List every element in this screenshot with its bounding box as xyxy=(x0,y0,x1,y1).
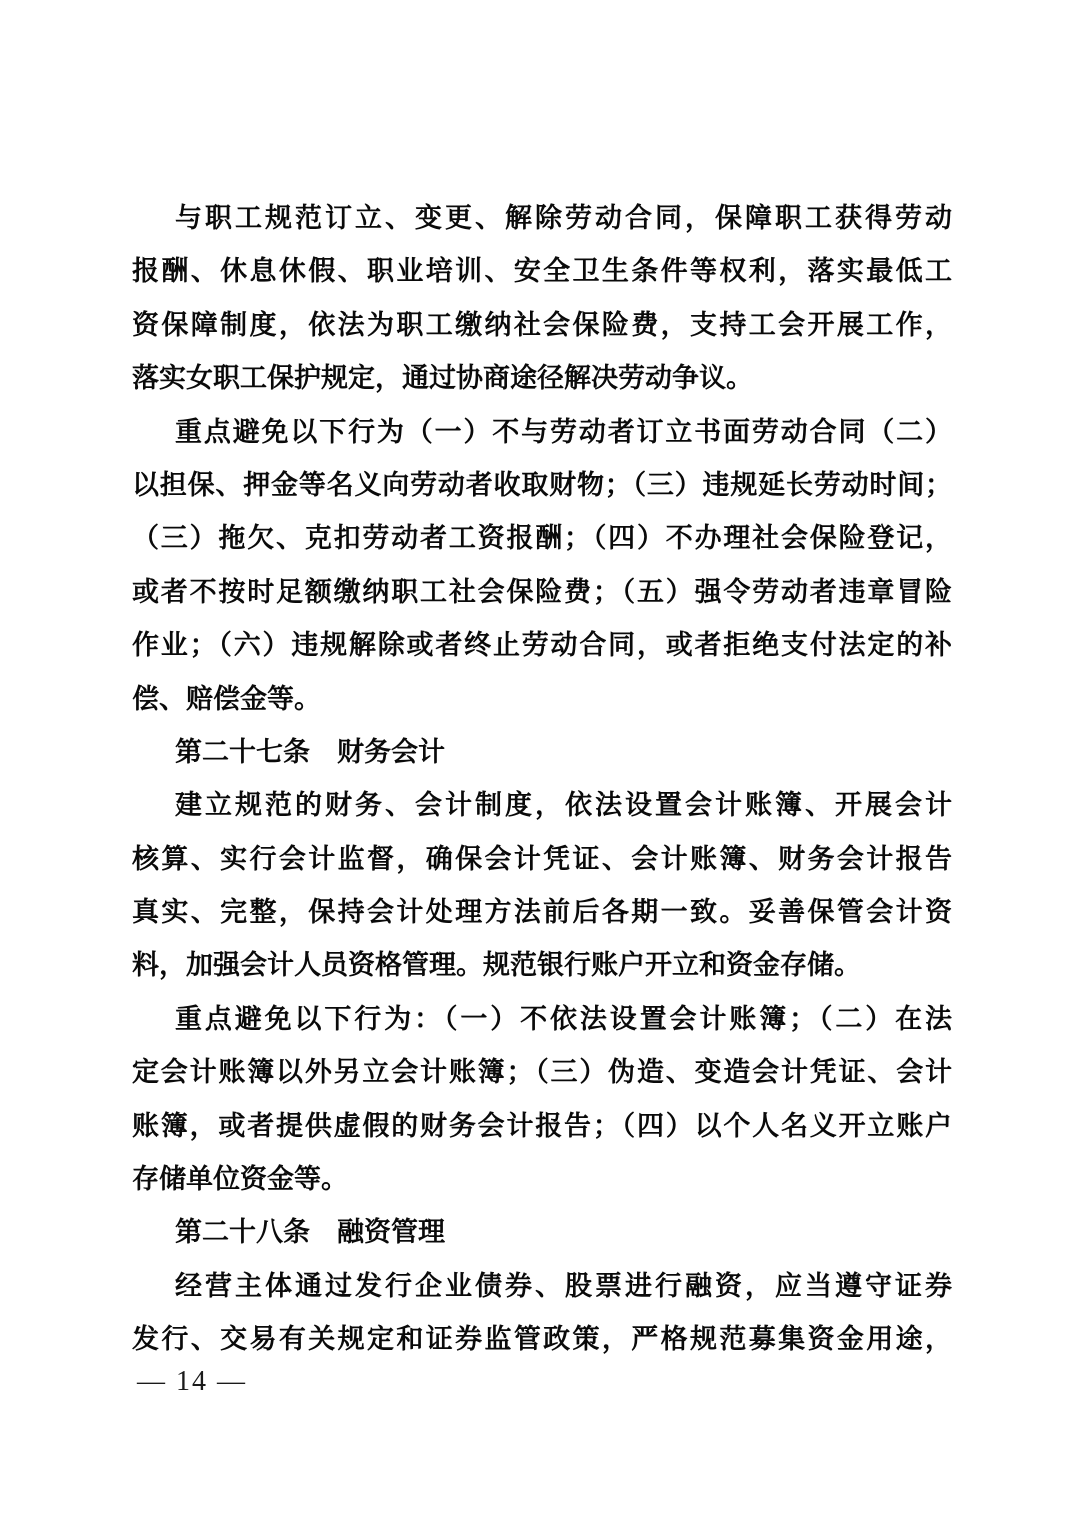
text-line: 定会计账簿以外另立会计账簿；（三）伪造、变造会计凭证、会计 xyxy=(132,1046,952,1099)
text-line: 重点避免以下行为（一）不与劳动者订立书面劳动合同（二） xyxy=(132,406,952,459)
document-page: 与职工规范订立、变更、解除劳动合同，保障职工获得劳动报酬、休息休假、职业培训、安… xyxy=(0,0,1074,1520)
text-line: 真实、完整，保持会计处理方法前后各期一致。妥善保管会计资 xyxy=(132,886,952,939)
text-line: 以担保、押金等名义向劳动者收取财物；（三）违规延长劳动时间； xyxy=(132,459,952,512)
section-heading: 第二十七条 财务会计 xyxy=(132,726,952,779)
page-number: — 14 — xyxy=(137,1366,247,1397)
text-line: 重点避免以下行为：（一）不依法设置会计账簿；（二）在法 xyxy=(132,993,952,1046)
text-line: 或者不按时足额缴纳职工社会保险费；（五）强令劳动者违章冒险 xyxy=(132,566,952,619)
document-content: 与职工规范订立、变更、解除劳动合同，保障职工获得劳动报酬、休息休假、职业培训、安… xyxy=(132,192,952,1367)
text-line: 账簿，或者提供虚假的财务会计报告；（四）以个人名义开立账户 xyxy=(132,1100,952,1153)
text-line: （三）拖欠、克扣劳动者工资报酬；（四）不办理社会保险登记， xyxy=(132,512,952,565)
text-line: 核算、实行会计监督，确保会计凭证、会计账簿、财务会计报告 xyxy=(132,833,952,886)
text-line: 料，加强会计人员资格管理。规范银行账户开立和资金存储。 xyxy=(132,939,952,992)
text-line: 存储单位资金等。 xyxy=(132,1153,952,1206)
text-line: 发行、交易有关规定和证券监管政策，严格规范募集资金用途， xyxy=(132,1313,952,1366)
text-line: 报酬、休息休假、职业培训、安全卫生条件等权利，落实最低工 xyxy=(132,245,952,298)
text-line: 落实女职工保护规定，通过协商途径解决劳动争议。 xyxy=(132,352,952,405)
text-line: 与职工规范订立、变更、解除劳动合同，保障职工获得劳动 xyxy=(132,192,952,245)
text-line: 偿、赔偿金等。 xyxy=(132,673,952,726)
text-line: 资保障制度，依法为职工缴纳社会保险费，支持工会开展工作， xyxy=(132,299,952,352)
text-line: 经营主体通过发行企业债券、股票进行融资，应当遵守证券 xyxy=(132,1260,952,1313)
text-line: 作业；（六）违规解除或者终止劳动合同，或者拒绝支付法定的补 xyxy=(132,619,952,672)
section-heading: 第二十八条 融资管理 xyxy=(132,1206,952,1259)
text-line: 建立规范的财务、会计制度，依法设置会计账簿、开展会计 xyxy=(132,779,952,832)
page-footer: — 14 — xyxy=(137,1362,247,1402)
